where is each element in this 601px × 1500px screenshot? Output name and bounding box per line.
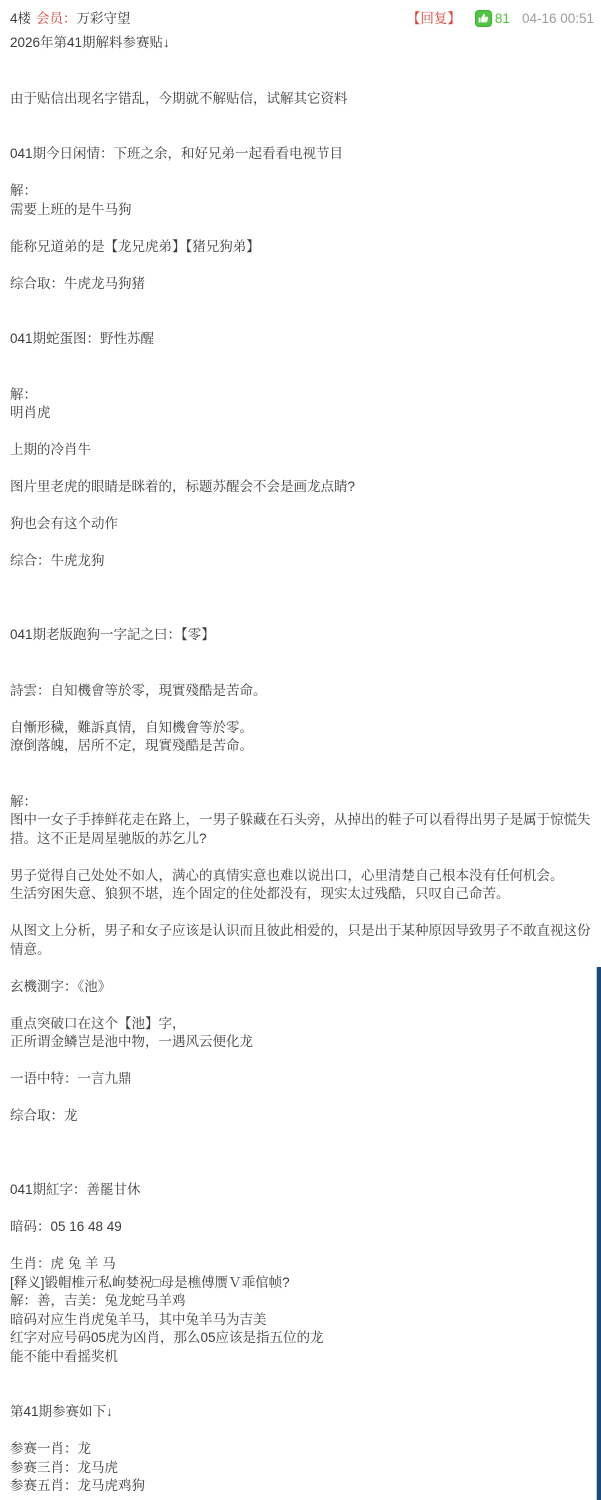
- post-line: [10, 1422, 601, 1441]
- post-line: [10, 127, 601, 146]
- post-line: [10, 571, 601, 590]
- post-line: [10, 312, 601, 331]
- post-line: [10, 774, 601, 793]
- post-line: [10, 497, 601, 516]
- post-line: 综合取：龙: [10, 1107, 601, 1126]
- post-line: 詩雲：自知機會等於零，現實殘酷是苦命。: [10, 682, 601, 701]
- post-line: 潦倒落魄，居所不定，現實殘酷是苦命。: [10, 737, 601, 756]
- post-line: 正所谓金鳞岂是池中物，一遇风云便化龙: [10, 1033, 601, 1052]
- post-line: [10, 349, 601, 368]
- post-line: [10, 53, 601, 72]
- post-line: [10, 959, 601, 978]
- post-line: 措。这不正是周星驰版的苏乞儿?: [10, 830, 601, 849]
- forum-post-page: 4楼 会员： 万彩守望 【回复】 81 04-16 00:51 2026年第41…: [0, 0, 601, 1500]
- post-line: 重点突破口在这个【池】字，: [10, 1015, 601, 1034]
- post-line: 041期今日闲情：下班之余，和好兄弟一起看看电视节目: [10, 145, 601, 164]
- post-line: 玄機測字：《池》: [10, 978, 601, 997]
- thumb-up-icon[interactable]: [475, 10, 492, 27]
- post-line: [释义]锻帽椎亓私峋婪祝□母是樵傅赝Ｖ乖倌帧?: [10, 1274, 601, 1293]
- post-line: 男子觉得自己处处不如人，满心的真情实意也难以说出口，心里清楚自己根本没有任何机会…: [10, 867, 601, 886]
- post-line: 图中一女子手捧鲜花走在路上，一男子躲藏在石头旁，从掉出的鞋子可以看得出男子是属于…: [10, 811, 601, 830]
- post-line: 综合取：牛虎龙马狗猪: [10, 275, 601, 294]
- post-line: [10, 1385, 601, 1404]
- post-line: [10, 534, 601, 553]
- post-line: [10, 904, 601, 923]
- username-link[interactable]: 万彩守望: [77, 9, 131, 28]
- post-line: 一语中特：一言九鼎: [10, 1070, 601, 1089]
- post-line: [10, 219, 601, 238]
- post-line: 041期紅字：善罷甘休: [10, 1181, 601, 1200]
- post-line: 情意。: [10, 941, 601, 960]
- post-line: [10, 663, 601, 682]
- post-line: [10, 164, 601, 183]
- post-line: [10, 460, 601, 479]
- post-line: [10, 608, 601, 627]
- post-line: 解：: [10, 793, 601, 812]
- post-line: [10, 1126, 601, 1145]
- post-line: 参赛五肖：龙马虎鸡狗: [10, 1477, 601, 1496]
- post-line: 明肖虎: [10, 404, 601, 423]
- member-role-label: 会员：: [36, 9, 77, 28]
- post-line: 自慚形穢，難訴真情，自知機會等於零。: [10, 719, 601, 738]
- post-line: 第41期参赛如下↓: [10, 1403, 601, 1422]
- post-line: [10, 1144, 601, 1163]
- post-line: 能称兄道弟的是【龙兄虎弟】【猪兄狗弟】: [10, 238, 601, 257]
- post-line: [10, 1089, 601, 1108]
- floor-label: 4楼: [10, 9, 31, 28]
- post-line: [10, 423, 601, 442]
- post-line: 狗也会有这个动作: [10, 515, 601, 534]
- post-line: 生肖：虎 兔 羊 马: [10, 1255, 601, 1274]
- post-line: 由于贴信出现名字错乱，今期就不解贴信，试解其它资料: [10, 90, 601, 109]
- post-line: 解：善，吉美：兔龙蛇马羊鸡: [10, 1292, 601, 1311]
- post-line: [10, 71, 601, 90]
- post-line: [10, 1052, 601, 1071]
- post-line: 红字对应号码05虎为凶肖，那么05应该是指五位的龙: [10, 1329, 601, 1348]
- post-line: [10, 1200, 601, 1219]
- post-line: 能不能中看摇奖机: [10, 1348, 601, 1367]
- post-line: 041期蛇蛋图：野性苏醒: [10, 330, 601, 349]
- post-line: [10, 256, 601, 275]
- post-line: 图片里老虎的眼睛是眯着的，标题苏醒会不会是画龙点睛?: [10, 478, 601, 497]
- scrollbar-thumb[interactable]: [596, 967, 601, 1500]
- post-line: 需要上班的是牛马狗: [10, 201, 601, 220]
- post-line: [10, 1163, 601, 1182]
- post-line: 上期的冷肖牛: [10, 441, 601, 460]
- post-line: 041期老版跑狗一字記之曰：【零】: [10, 626, 601, 645]
- post-line: 从图文上分析，男子和女子应该是认识而且彼此相爱的，只是出于某种原因导致男子不敢直…: [10, 922, 601, 941]
- post-line: [10, 589, 601, 608]
- post-line: [10, 1237, 601, 1256]
- post-line: 参赛一肖：龙: [10, 1440, 601, 1459]
- post-line: [10, 996, 601, 1015]
- post-line: [10, 756, 601, 775]
- post-line: 生活穷困失意、狼狈不堪，连个固定的住处都没有，现实太过残酷，只叹自己命苦。: [10, 885, 601, 904]
- post-line: 综合：牛虎龙狗: [10, 552, 601, 571]
- post-line: [10, 108, 601, 127]
- post-line: [10, 293, 601, 312]
- post-line: [10, 848, 601, 867]
- reply-button[interactable]: 【回复】: [407, 9, 461, 28]
- post-body: 2026年第41期解料参赛贴↓由于贴信出现名字错乱，今期就不解贴信，试解其它资料…: [10, 34, 601, 1496]
- post-line: 暗码：05 16 48 49: [10, 1218, 601, 1237]
- post-line: 2026年第41期解料参赛贴↓: [10, 34, 601, 53]
- post-line: 参赛三肖：龙马虎: [10, 1459, 601, 1478]
- post-header-actions: 【回复】 81 04-16 00:51: [407, 9, 594, 28]
- post-line: [10, 645, 601, 664]
- post-line: [10, 1366, 601, 1385]
- post-line: [10, 700, 601, 719]
- like-count: 81: [495, 9, 510, 28]
- post-author-info: 4楼 会员： 万彩守望: [10, 9, 131, 28]
- post-header: 4楼 会员： 万彩守望 【回复】 81 04-16 00:51: [10, 9, 594, 28]
- post-line: [10, 367, 601, 386]
- post-line: 解：: [10, 386, 601, 405]
- post-line: 暗码对应生肖虎兔羊马，其中兔羊马为吉美: [10, 1311, 601, 1330]
- post-timestamp: 04-16 00:51: [522, 9, 594, 28]
- post-line: 解：: [10, 182, 601, 201]
